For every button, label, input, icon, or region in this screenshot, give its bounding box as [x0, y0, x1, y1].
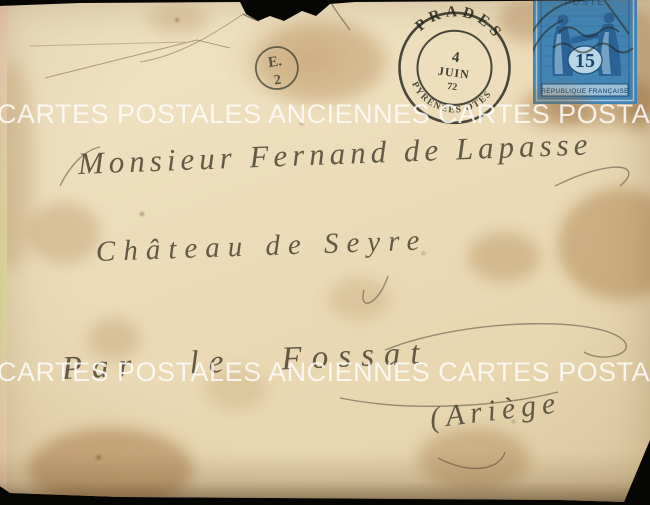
- watermark-text-row: CARTES POSTALES ANCIENNES CARTES POSTALE…: [0, 358, 650, 386]
- photo-of-old-envelope: Monsieur Fernand de Lapasse Château de S…: [0, 0, 650, 505]
- paper-vignette: [0, 0, 650, 505]
- watermark-text-row: CARTES POSTALES ANCIENNES CARTES POSTALE…: [0, 100, 650, 128]
- envelope-paper: Monsieur Fernand de Lapasse Château de S…: [0, 0, 650, 505]
